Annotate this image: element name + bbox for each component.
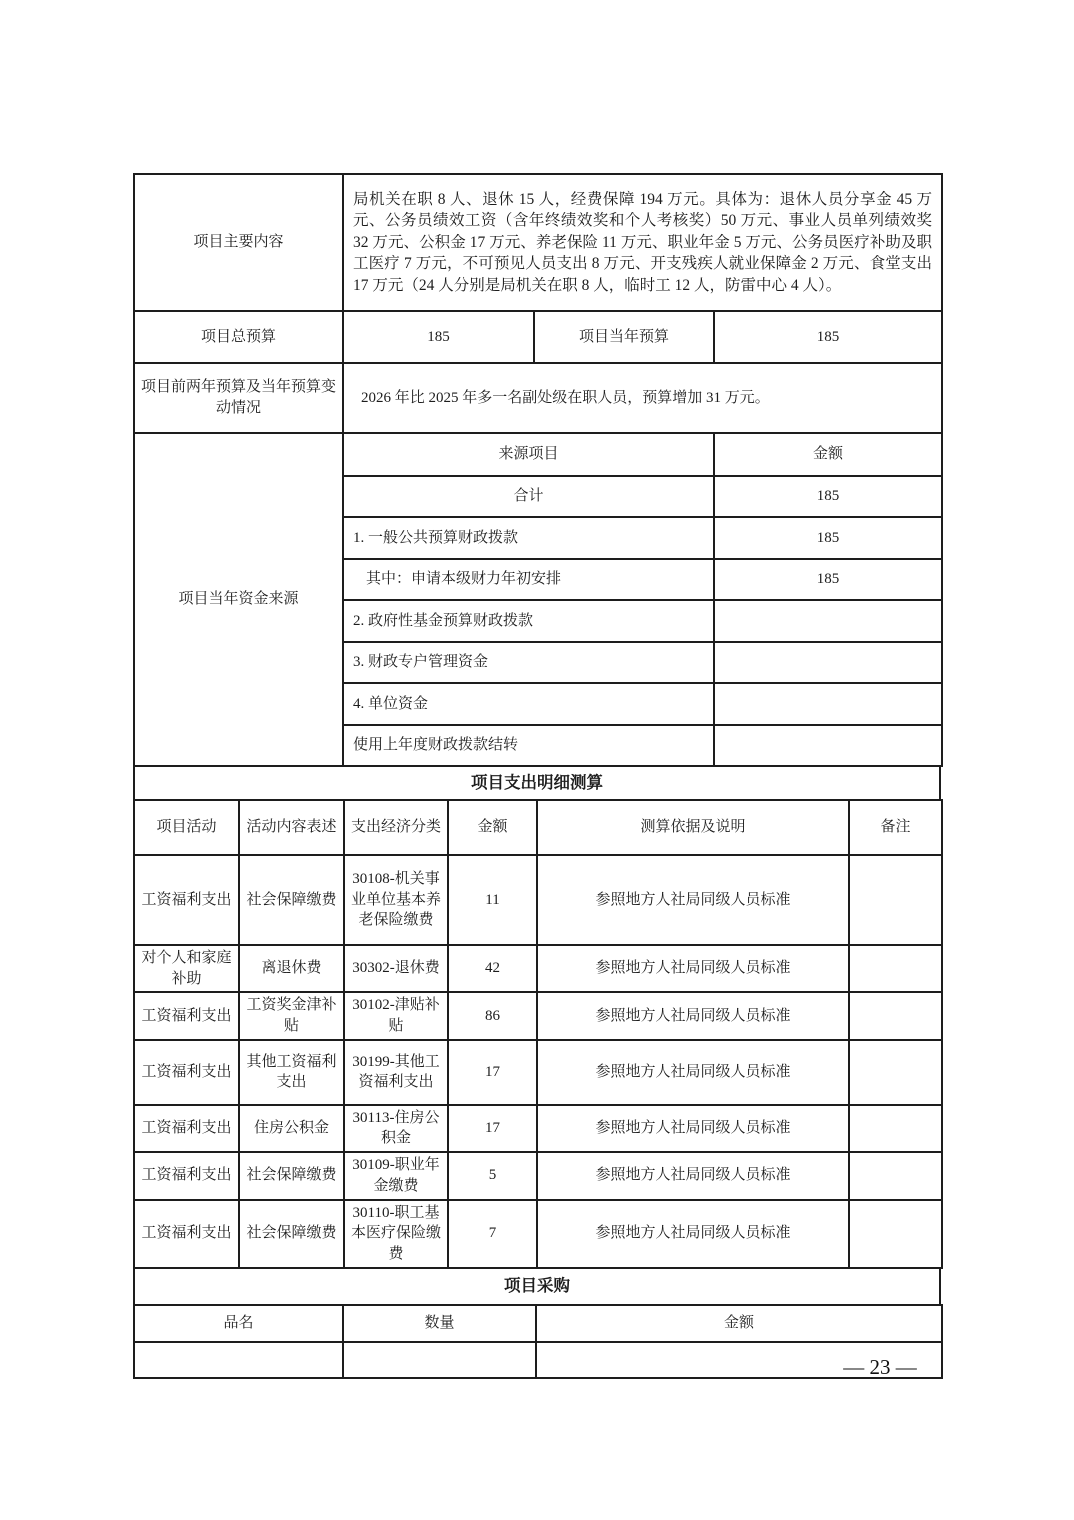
detail-cell-amount: 86 [448,992,537,1039]
purchase-cell-quantity [343,1342,536,1378]
detail-cell-note [849,1105,942,1152]
detail-cell-description: 住房公积金 [239,1105,344,1152]
detail-title-section: 项目支出明细测算 [133,765,941,801]
detail-cell-basis: 参照地方人社局同级人员标准 [537,1152,849,1199]
detail-cell-description: 工资奖金津补贴 [239,992,344,1039]
funding-row-name: 2. 政府性基金预算财政拨款 [343,600,714,642]
detail-cell-category: 30109-职业年金缴费 [344,1152,448,1199]
detail-cell-basis: 参照地方人社局同级人员标准 [537,992,849,1039]
detail-header-cell: 金额 [448,800,537,855]
detail-header-cell: 测算依据及说明 [537,800,849,855]
total-budget-label: 项目总预算 [134,311,343,363]
funding-row-name: 其中：申请本级财力年初安排 [343,559,714,600]
detail-cell-activity: 工资福利支出 [134,992,239,1039]
detail-cell-activity: 工资福利支出 [134,1040,239,1105]
purchase-title-section: 项目采购 [133,1267,941,1306]
detail-cell-basis: 参照地方人社局同级人员标准 [537,1040,849,1105]
detail-row: 工资福利支出 住房公积金 30113-住房公积金 17 参照地方人社局同级人员标… [134,1105,942,1152]
detail-cell-activity: 对个人和家庭补助 [134,945,239,992]
detail-cell-description: 社会保障缴费 [239,1152,344,1199]
detail-cell-description: 其他工资福利支出 [239,1040,344,1105]
detail-cell-activity: 工资福利支出 [134,1200,239,1268]
detail-section-title: 项目支出明细测算 [134,766,940,800]
purchase-header-name: 品名 [134,1305,343,1342]
detail-cell-amount: 42 [448,945,537,992]
purchase-header-quantity: 数量 [343,1305,536,1342]
budget-change-label: 项目前两年预算及当年预算变动情况 [134,363,343,433]
detail-cell-description: 社会保障缴费 [239,1200,344,1268]
funding-row-name: 使用上年度财政拨款结转 [343,725,714,766]
detail-cell-activity: 工资福利支出 [134,1152,239,1199]
detail-cell-basis: 参照地方人社局同级人员标准 [537,855,849,945]
detail-row: 工资福利支出 社会保障缴费 30109-职业年金缴费 5 参照地方人社局同级人员… [134,1152,942,1199]
detail-header-cell: 活动内容表述 [239,800,344,855]
detail-header-row: 项目活动 活动内容表述 支出经济分类 金额 测算依据及说明 备注 [134,800,942,855]
detail-row: 工资福利支出 其他工资福利支出 30199-其他工资福利支出 17 参照地方人社… [134,1040,942,1105]
detail-header-cell: 项目活动 [134,800,239,855]
detail-cell-basis: 参照地方人社局同级人员标准 [537,1200,849,1268]
budget-change-text: 2026 年比 2025 年多一名副处级在职人员，预算增加 31 万元。 [343,363,942,433]
funding-header-source: 来源项目 [343,433,714,476]
detail-row: 工资福利支出 社会保障缴费 30108-机关事业单位基本养老保险缴费 11 参照… [134,855,942,945]
detail-row: 工资福利支出 社会保障缴费 30110-职工基本医疗保险缴费 7 参照地方人社局… [134,1200,942,1268]
detail-cell-category: 30199-其他工资福利支出 [344,1040,448,1105]
main-content-row: 项目主要内容 局机关在职 8 人、退休 15 人，经费保障 194 万元。具体为… [134,174,942,311]
funding-row-name: 合计 [343,476,714,517]
detail-cell-category: 30110-职工基本医疗保险缴费 [344,1200,448,1268]
funding-row-amount [714,642,942,683]
detail-cell-category: 30102-津贴补贴 [344,992,448,1039]
funding-row-amount: 185 [714,476,942,517]
detail-cell-amount: 17 [448,1105,537,1152]
detail-cell-note [849,1040,942,1105]
current-year-budget-value: 185 [714,311,942,363]
funding-row-amount [714,600,942,642]
purchase-cell-name [134,1342,343,1378]
main-content-text: 局机关在职 8 人、退休 15 人，经费保障 194 万元。具体为：退休人员分享… [343,174,942,311]
detail-cell-note [849,992,942,1039]
detail-cell-activity: 工资福利支出 [134,1105,239,1152]
detail-cell-basis: 参照地方人社局同级人员标准 [537,945,849,992]
detail-header-cell: 支出经济分类 [344,800,448,855]
current-year-budget-label: 项目当年预算 [534,311,714,363]
detail-cell-amount: 5 [448,1152,537,1199]
detail-cell-category: 30302-退休费 [344,945,448,992]
document-page: 项目主要内容 局机关在职 8 人、退休 15 人，经费保障 194 万元。具体为… [0,0,1074,1520]
detail-row: 工资福利支出 工资奖金津补贴 30102-津贴补贴 86 参照地方人社局同级人员… [134,992,942,1039]
overview-section: 项目主要内容 局机关在职 8 人、退休 15 人，经费保障 194 万元。具体为… [133,173,943,434]
detail-cell-category: 30108-机关事业单位基本养老保险缴费 [344,855,448,945]
total-budget-value: 185 [343,311,534,363]
budget-change-row: 项目前两年预算及当年预算变动情况 2026 年比 2025 年多一名副处级在职人… [134,363,942,433]
page-number: — 23 — [800,1355,960,1380]
funding-row-amount: 185 [714,517,942,559]
funding-source-label: 项目当年资金来源 [134,433,343,766]
budget-table: 项目主要内容 局机关在职 8 人、退休 15 人，经费保障 194 万元。具体为… [133,173,941,1379]
detail-header-cell: 备注 [849,800,942,855]
detail-cell-basis: 参照地方人社局同级人员标准 [537,1105,849,1152]
detail-cell-note [849,855,942,945]
detail-cell-description: 离退休费 [239,945,344,992]
detail-cell-activity: 工资福利支出 [134,855,239,945]
purchase-header-row: 品名 数量 金额 [134,1305,942,1342]
detail-cell-description: 社会保障缴费 [239,855,344,945]
funding-row-amount [714,725,942,766]
purchase-header-amount: 金额 [536,1305,942,1342]
detail-cell-amount: 7 [448,1200,537,1268]
funding-row-name: 3. 财政专户管理资金 [343,642,714,683]
detail-cell-note [849,1200,942,1268]
detail-section: 项目活动 活动内容表述 支出经济分类 金额 测算依据及说明 备注 工资福利支出 … [133,799,943,1269]
funding-row-name: 1. 一般公共预算财政拨款 [343,517,714,559]
funding-header-row: 项目当年资金来源 来源项目 金额 [134,433,942,476]
detail-cell-amount: 11 [448,855,537,945]
purchase-section-title: 项目采购 [134,1268,940,1305]
detail-cell-category: 30113-住房公积金 [344,1105,448,1152]
funding-header-amount: 金额 [714,433,942,476]
budget-row: 项目总预算 185 项目当年预算 185 [134,311,942,363]
funding-section: 项目当年资金来源 来源项目 金额 合计 185 1. 一般公共预算财政拨款 18… [133,432,943,767]
detail-cell-note [849,1152,942,1199]
detail-row: 对个人和家庭补助 离退休费 30302-退休费 42 参照地方人社局同级人员标准 [134,945,942,992]
funding-row-name: 4. 单位资金 [343,683,714,725]
detail-cell-amount: 17 [448,1040,537,1105]
detail-cell-note [849,945,942,992]
funding-row-amount [714,683,942,725]
main-content-label: 项目主要内容 [134,174,343,311]
funding-row-amount: 185 [714,559,942,600]
